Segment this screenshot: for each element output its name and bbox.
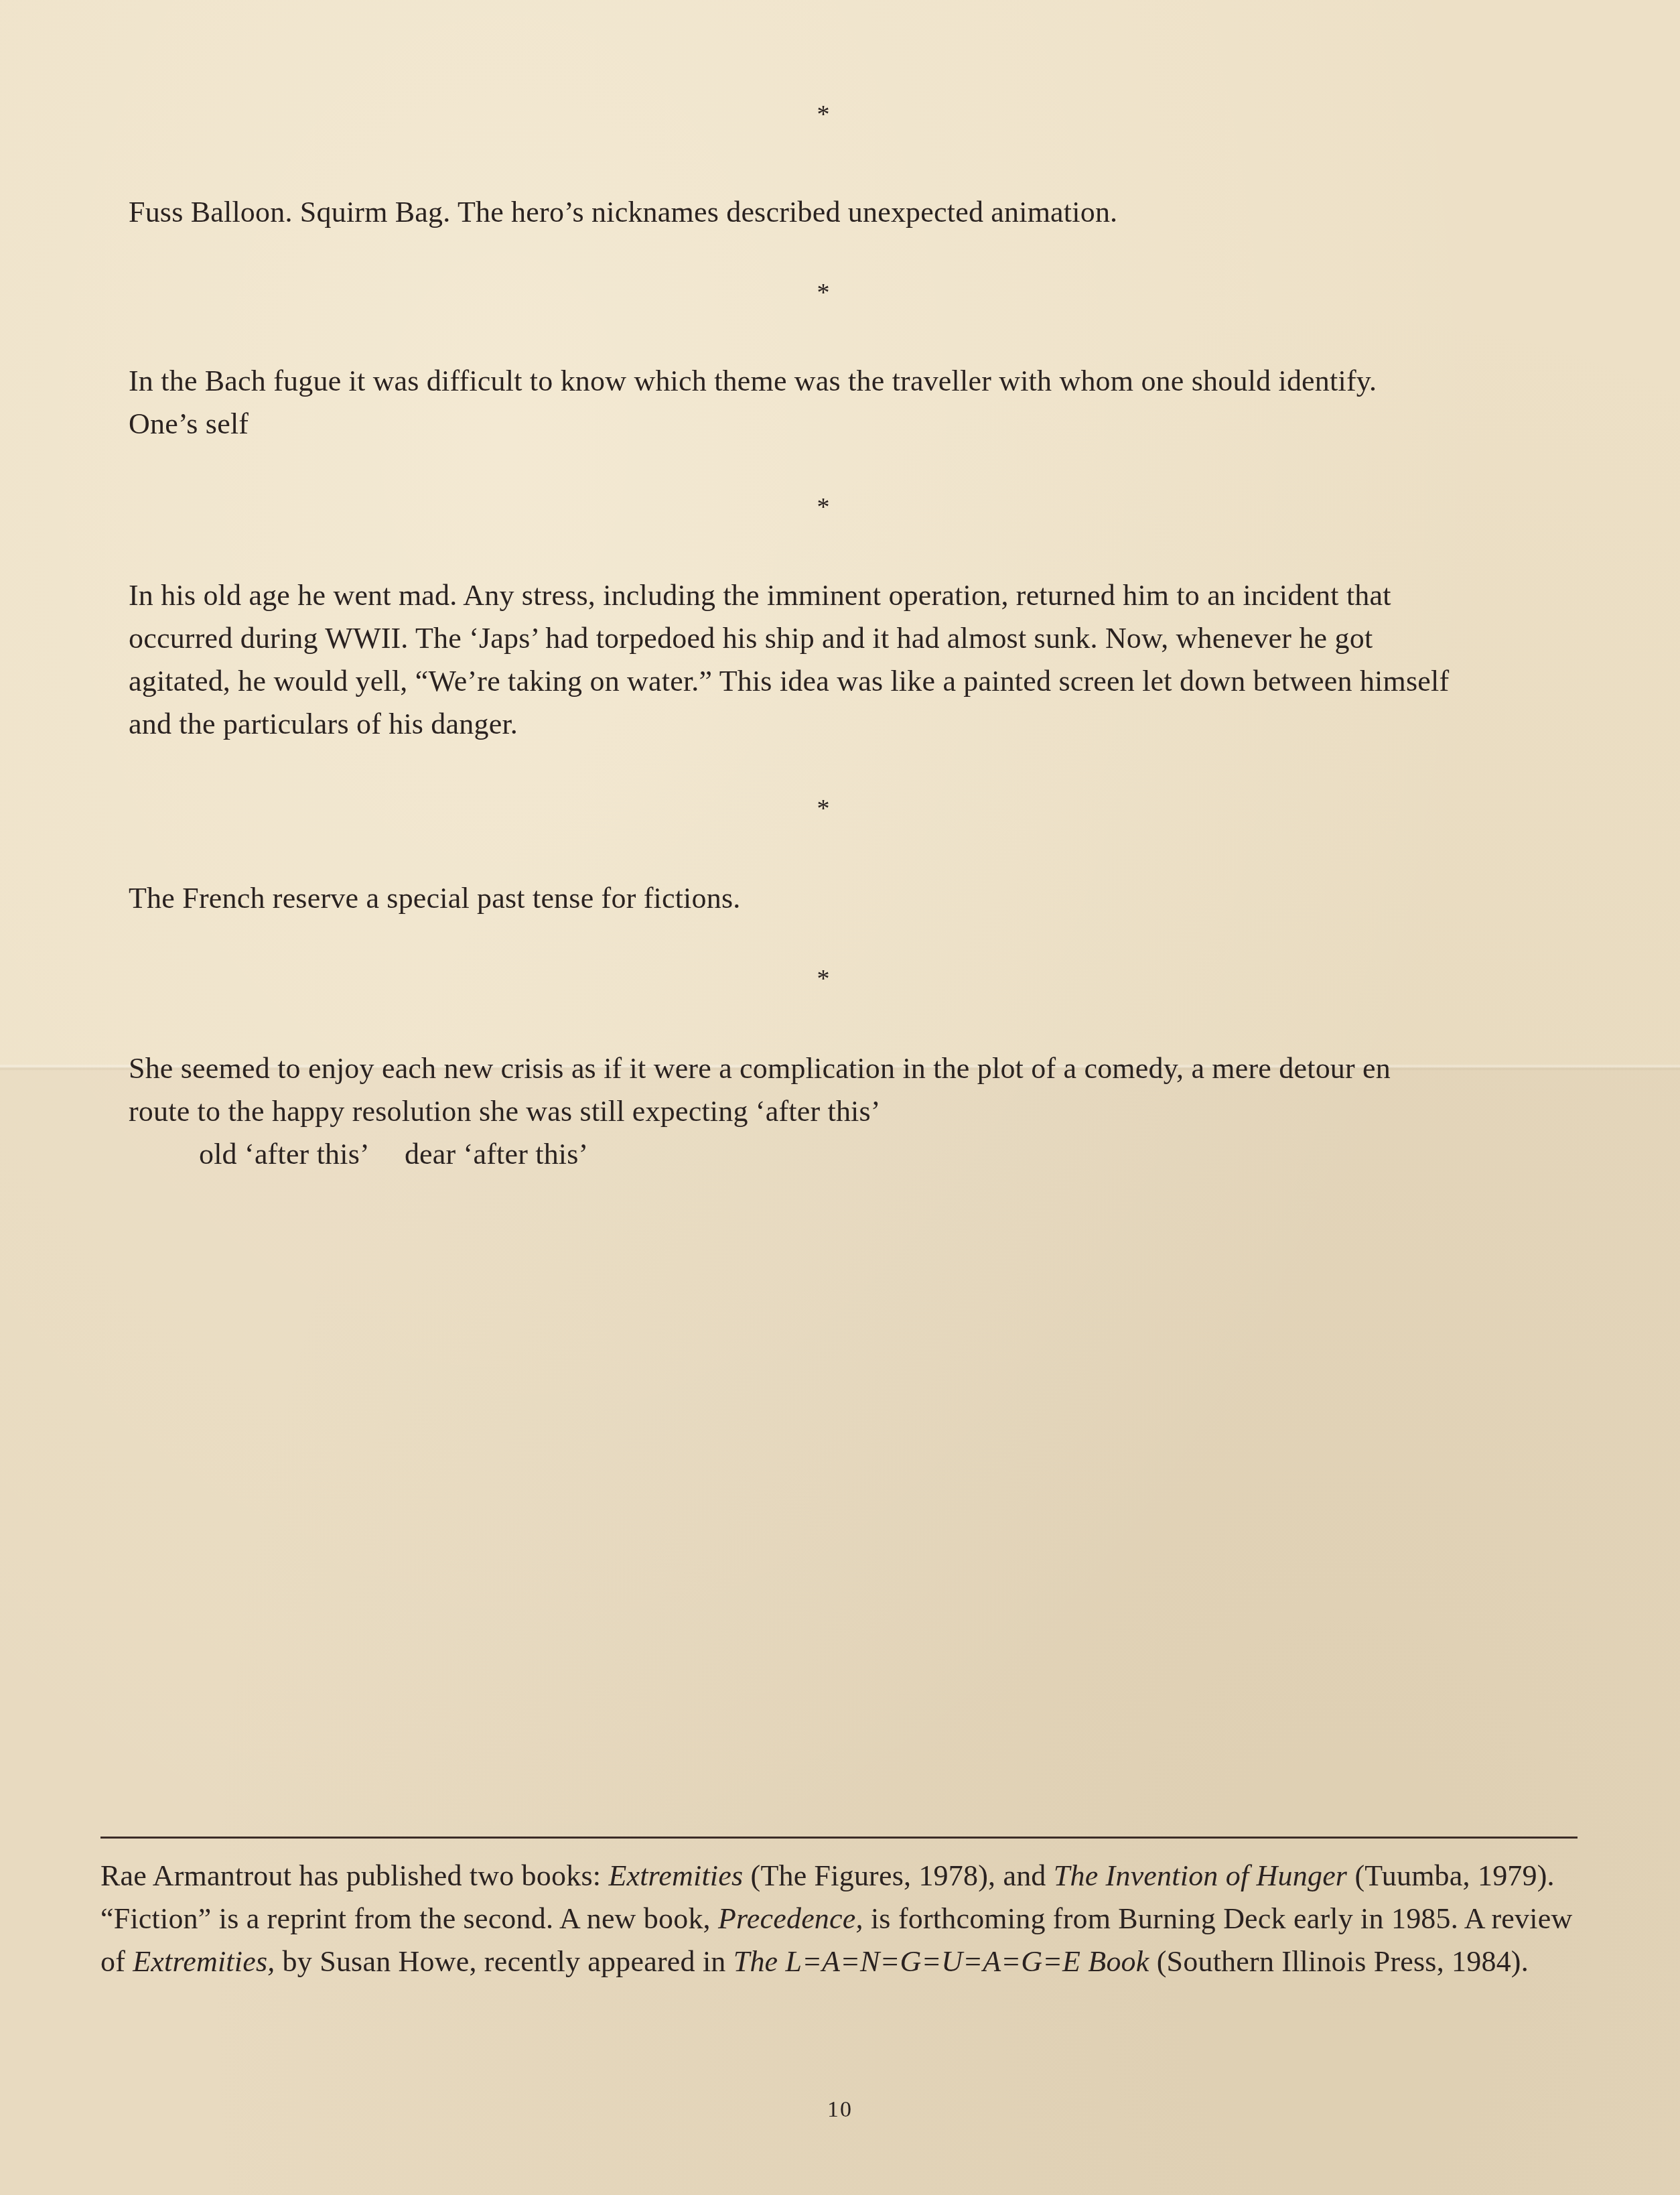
text-fragment: old ‘after this’ (199, 1138, 370, 1171)
text-line: In the Bach fugue it was difficult to kn… (129, 360, 1622, 403)
section-5: She seemed to enjoy each new crisis as i… (129, 1047, 1622, 1176)
page-number: 10 (0, 2097, 1680, 2123)
book-title: Extremities (608, 1859, 743, 1892)
section-4: The French reserve a special past tense … (129, 877, 1622, 920)
text-line: She seemed to enjoy each new crisis as i… (129, 1047, 1622, 1090)
section-separator: * (0, 796, 1647, 821)
document-page: * Fuss Balloon. Squirm Bag. The hero’s n… (0, 0, 1680, 2195)
indented-line: old ‘after this’dear ‘after this’ (129, 1133, 1622, 1176)
section-3: In his old age he went mad. Any stress, … (129, 574, 1622, 746)
book-title: The L=A=N=G=U=A=G=E Book (733, 1945, 1149, 1978)
note-text: (The Figures, 1978), and (743, 1859, 1053, 1892)
paper-shading (0, 1069, 1680, 2195)
text-line: One’s self (129, 403, 1622, 446)
text-line: route to the happy resolution she was st… (129, 1090, 1622, 1133)
contributor-note: Rae Armantrout has published two books: … (100, 1855, 1581, 1983)
text-line: The French reserve a special past tense … (129, 877, 1622, 920)
section-2: In the Bach fugue it was difficult to kn… (129, 360, 1622, 446)
section-separator: * (0, 102, 1647, 127)
section-1: Fuss Balloon. Squirm Bag. The hero’s nic… (129, 191, 1622, 234)
book-title: Precedence, (718, 1902, 863, 1935)
note-text: by Susan Howe, recently appeared in (275, 1945, 733, 1978)
text-line: In his old age he went mad. Any stress, … (129, 574, 1622, 617)
text-line: Fuss Balloon. Squirm Bag. The hero’s nic… (129, 191, 1622, 234)
text-line: and the particulars of his danger. (129, 703, 1622, 746)
section-separator: * (0, 494, 1647, 520)
section-separator: * (0, 280, 1647, 306)
section-separator: * (0, 966, 1647, 992)
text-line: occurred during WWII. The ‘Japs’ had tor… (129, 617, 1622, 660)
footnote-divider (100, 1837, 1578, 1839)
note-text: Rae Armantrout has published two books: (100, 1859, 608, 1892)
book-title: The Invention of Hunger (1054, 1859, 1347, 1892)
text-line: agitated, he would yell, “We’re taking o… (129, 660, 1622, 703)
book-title: Extremities, (133, 1945, 275, 1978)
text-fragment: dear ‘after this’ (405, 1138, 589, 1171)
note-text: (Southern Illinois Press, 1984). (1149, 1945, 1529, 1978)
